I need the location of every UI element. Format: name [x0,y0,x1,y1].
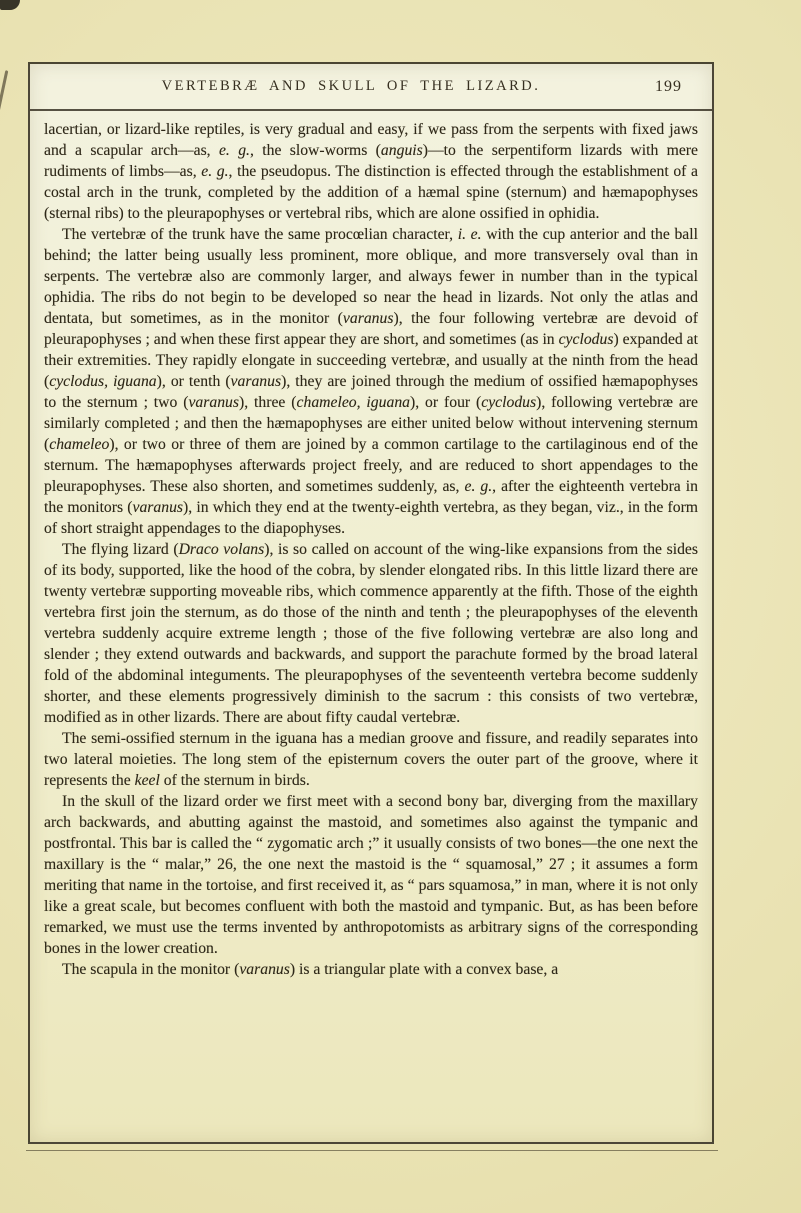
paragraph: The flying lizard (Draco volans), is so … [44,539,698,728]
text-run: ), or tenth ( [157,373,231,390]
paragraph: The semi-ossified sternum in the iguana … [44,728,698,791]
italic-term: varanus [132,499,183,516]
italic-term: chameleo, iguana [297,394,411,411]
italic-term: e. g. [464,478,492,495]
text-run: The scapula in the monitor ( [62,961,239,978]
double-rule [26,1150,718,1151]
paragraph: The scapula in the monitor (varanus) is … [44,959,698,980]
text-run: ) is a triangular plate with a convex ba… [290,961,558,978]
page-number: 199 [655,78,682,96]
scan-edge-mark [0,70,8,112]
italic-term: varanus [239,961,290,978]
italic-term: anguis [381,142,423,159]
italic-term: varanus [231,373,282,390]
text-run: , the slow-worms ( [250,142,381,159]
italic-term: e. g. [219,142,250,159]
text-run: of the sternum in birds. [160,772,310,789]
italic-term: keel [135,772,160,789]
page-frame: VERTEBRÆ AND SKULL OF THE LIZARD. 199 la… [28,62,714,1144]
text-body: lacertian, or lizard-like reptiles, is v… [30,111,712,980]
italic-term: Draco volans [179,541,265,558]
text-run: In the skull of the lizard order we firs… [44,793,698,957]
scan-edge-mark [0,0,20,10]
italic-term: cyclodus, iguana [49,373,156,390]
italic-term: cyclodus [481,394,536,411]
italic-term: cyclodus [559,331,614,348]
italic-term: i. e. [458,226,482,243]
italic-term: varanus [188,394,239,411]
text-run: ), is so called on account of the wing-l… [44,541,698,726]
text-run: The flying lizard ( [62,541,179,558]
text-run: The vertebræ of the trunk have the same … [62,226,458,243]
italic-term: e. g. [201,163,228,180]
paragraph: lacertian, or lizard-like reptiles, is v… [44,119,698,224]
paragraph: The vertebræ of the trunk have the same … [44,224,698,539]
text-run: ), or four ( [410,394,481,411]
page-header: VERTEBRÆ AND SKULL OF THE LIZARD. 199 [30,64,712,111]
paragraph: In the skull of the lizard order we firs… [44,791,698,959]
running-head-title: VERTEBRÆ AND SKULL OF THE LIZARD. [162,78,541,95]
italic-term: chameleo [49,436,109,453]
text-run: ), three ( [239,394,297,411]
italic-term: varanus [343,310,394,327]
